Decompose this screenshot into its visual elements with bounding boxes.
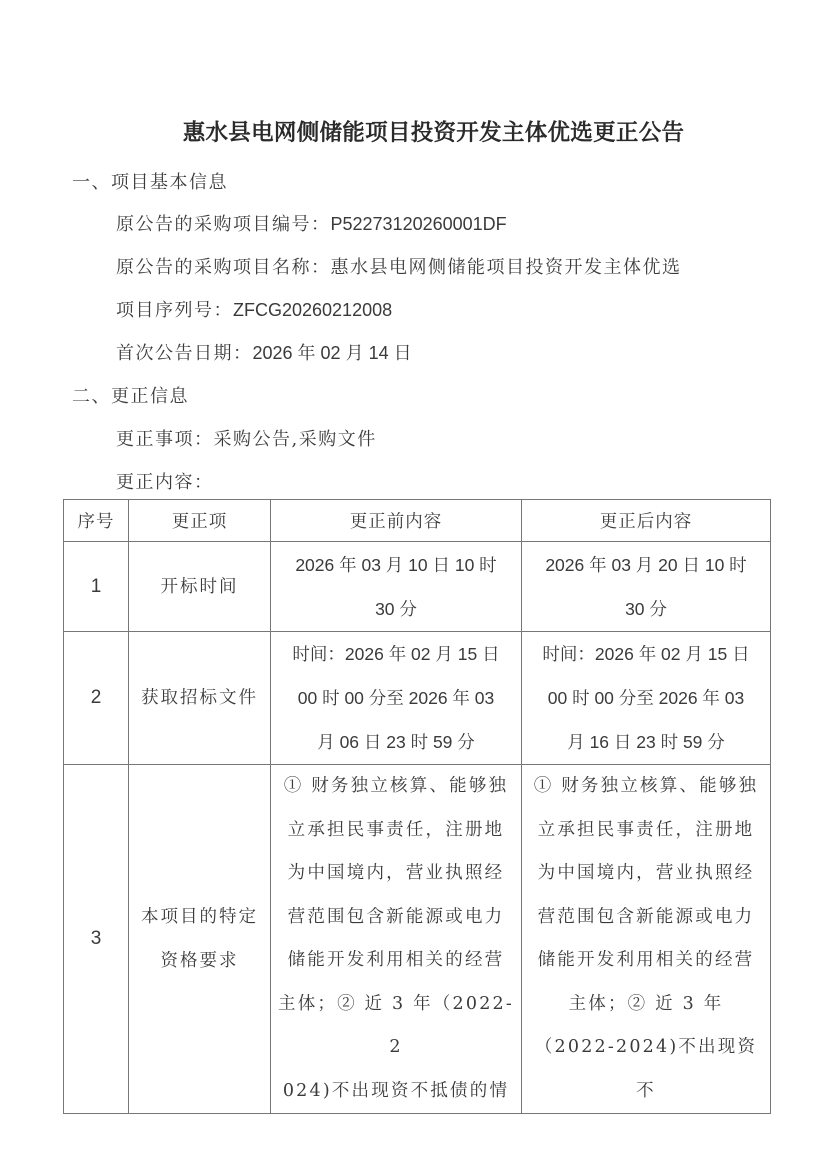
- cell-item: 开标时间: [129, 542, 271, 632]
- field-value: P52273120260001DF: [331, 214, 507, 234]
- field-project-number: 原公告的采购项目编号：P52273120260001DF: [116, 210, 507, 236]
- field-correction-content: 更正内容：: [116, 468, 214, 494]
- cell-item: 获取招标文件: [129, 632, 271, 765]
- field-value: 采购公告,采购文件: [214, 429, 377, 450]
- cell-no: 2: [64, 632, 129, 765]
- table-row: 3 本项目的特定 资格要求 ① 财务独立核算、能够独 立承担民事责任，注册地 为…: [64, 765, 771, 1114]
- cell-no: 3: [64, 765, 129, 1114]
- field-correction-matters: 更正事项：采购公告,采购文件: [116, 425, 377, 451]
- cell-before: 2026 年 03 月 10 日 10 时 30 分: [271, 542, 522, 632]
- field-label: 项目序列号：: [116, 300, 233, 321]
- field-label: 首次公告日期：: [116, 343, 253, 364]
- section-heading-correction-info: 二、更正信息: [72, 382, 189, 408]
- cell-item: 本项目的特定 资格要求: [129, 765, 271, 1114]
- cell-after: ① 财务独立核算、能够独 立承担民事责任，注册地 为中国境内，营业执照经 营范围…: [522, 765, 771, 1114]
- field-serial-number: 项目序列号：ZFCG20260212008: [116, 296, 392, 322]
- field-project-name: 原公告的采购项目名称：惠水县电网侧储能项目投资开发主体优选: [116, 253, 682, 279]
- table-row: 1 开标时间 2026 年 03 月 10 日 10 时 30 分 2026 年…: [64, 542, 771, 632]
- header-cell-after: 更正后内容: [522, 500, 771, 542]
- cell-before: 时间：2026 年 02 月 15 日 00 时 00 分至 2026 年 03…: [271, 632, 522, 765]
- field-value: 惠水县电网侧储能项目投资开发主体优选: [331, 257, 682, 278]
- field-label: 更正事项：: [116, 429, 214, 450]
- document-title: 惠水县电网侧储能项目投资开发主体优选更正公告: [0, 115, 827, 147]
- table-row: 2 获取招标文件 时间：2026 年 02 月 15 日 00 时 00 分至 …: [64, 632, 771, 765]
- table-header-row: 序号 更正项 更正前内容 更正后内容: [64, 500, 771, 542]
- cell-before: ① 财务独立核算、能够独 立承担民事责任，注册地 为中国境内，营业执照经 营范围…: [271, 765, 522, 1114]
- field-label: 原公告的采购项目编号：: [116, 214, 331, 235]
- cell-after: 2026 年 03 月 20 日 10 时 30 分: [522, 542, 771, 632]
- section-heading-basic-info: 一、项目基本信息: [72, 168, 228, 194]
- field-label: 原公告的采购项目名称：: [116, 257, 331, 278]
- field-first-publish-date: 首次公告日期：2026 年 02 月 14 日: [116, 339, 412, 365]
- correction-table: 序号 更正项 更正前内容 更正后内容 1 开标时间 2026 年 03 月 10…: [63, 499, 771, 1114]
- field-label: 更正内容：: [116, 472, 214, 493]
- field-value: 2026 年 02 月 14 日: [253, 343, 412, 363]
- header-cell-before: 更正前内容: [271, 500, 522, 542]
- cell-no: 1: [64, 542, 129, 632]
- header-cell-no: 序号: [64, 500, 129, 542]
- cell-after: 时间：2026 年 02 月 15 日 00 时 00 分至 2026 年 03…: [522, 632, 771, 765]
- header-cell-item: 更正项: [129, 500, 271, 542]
- field-value: ZFCG20260212008: [233, 300, 392, 320]
